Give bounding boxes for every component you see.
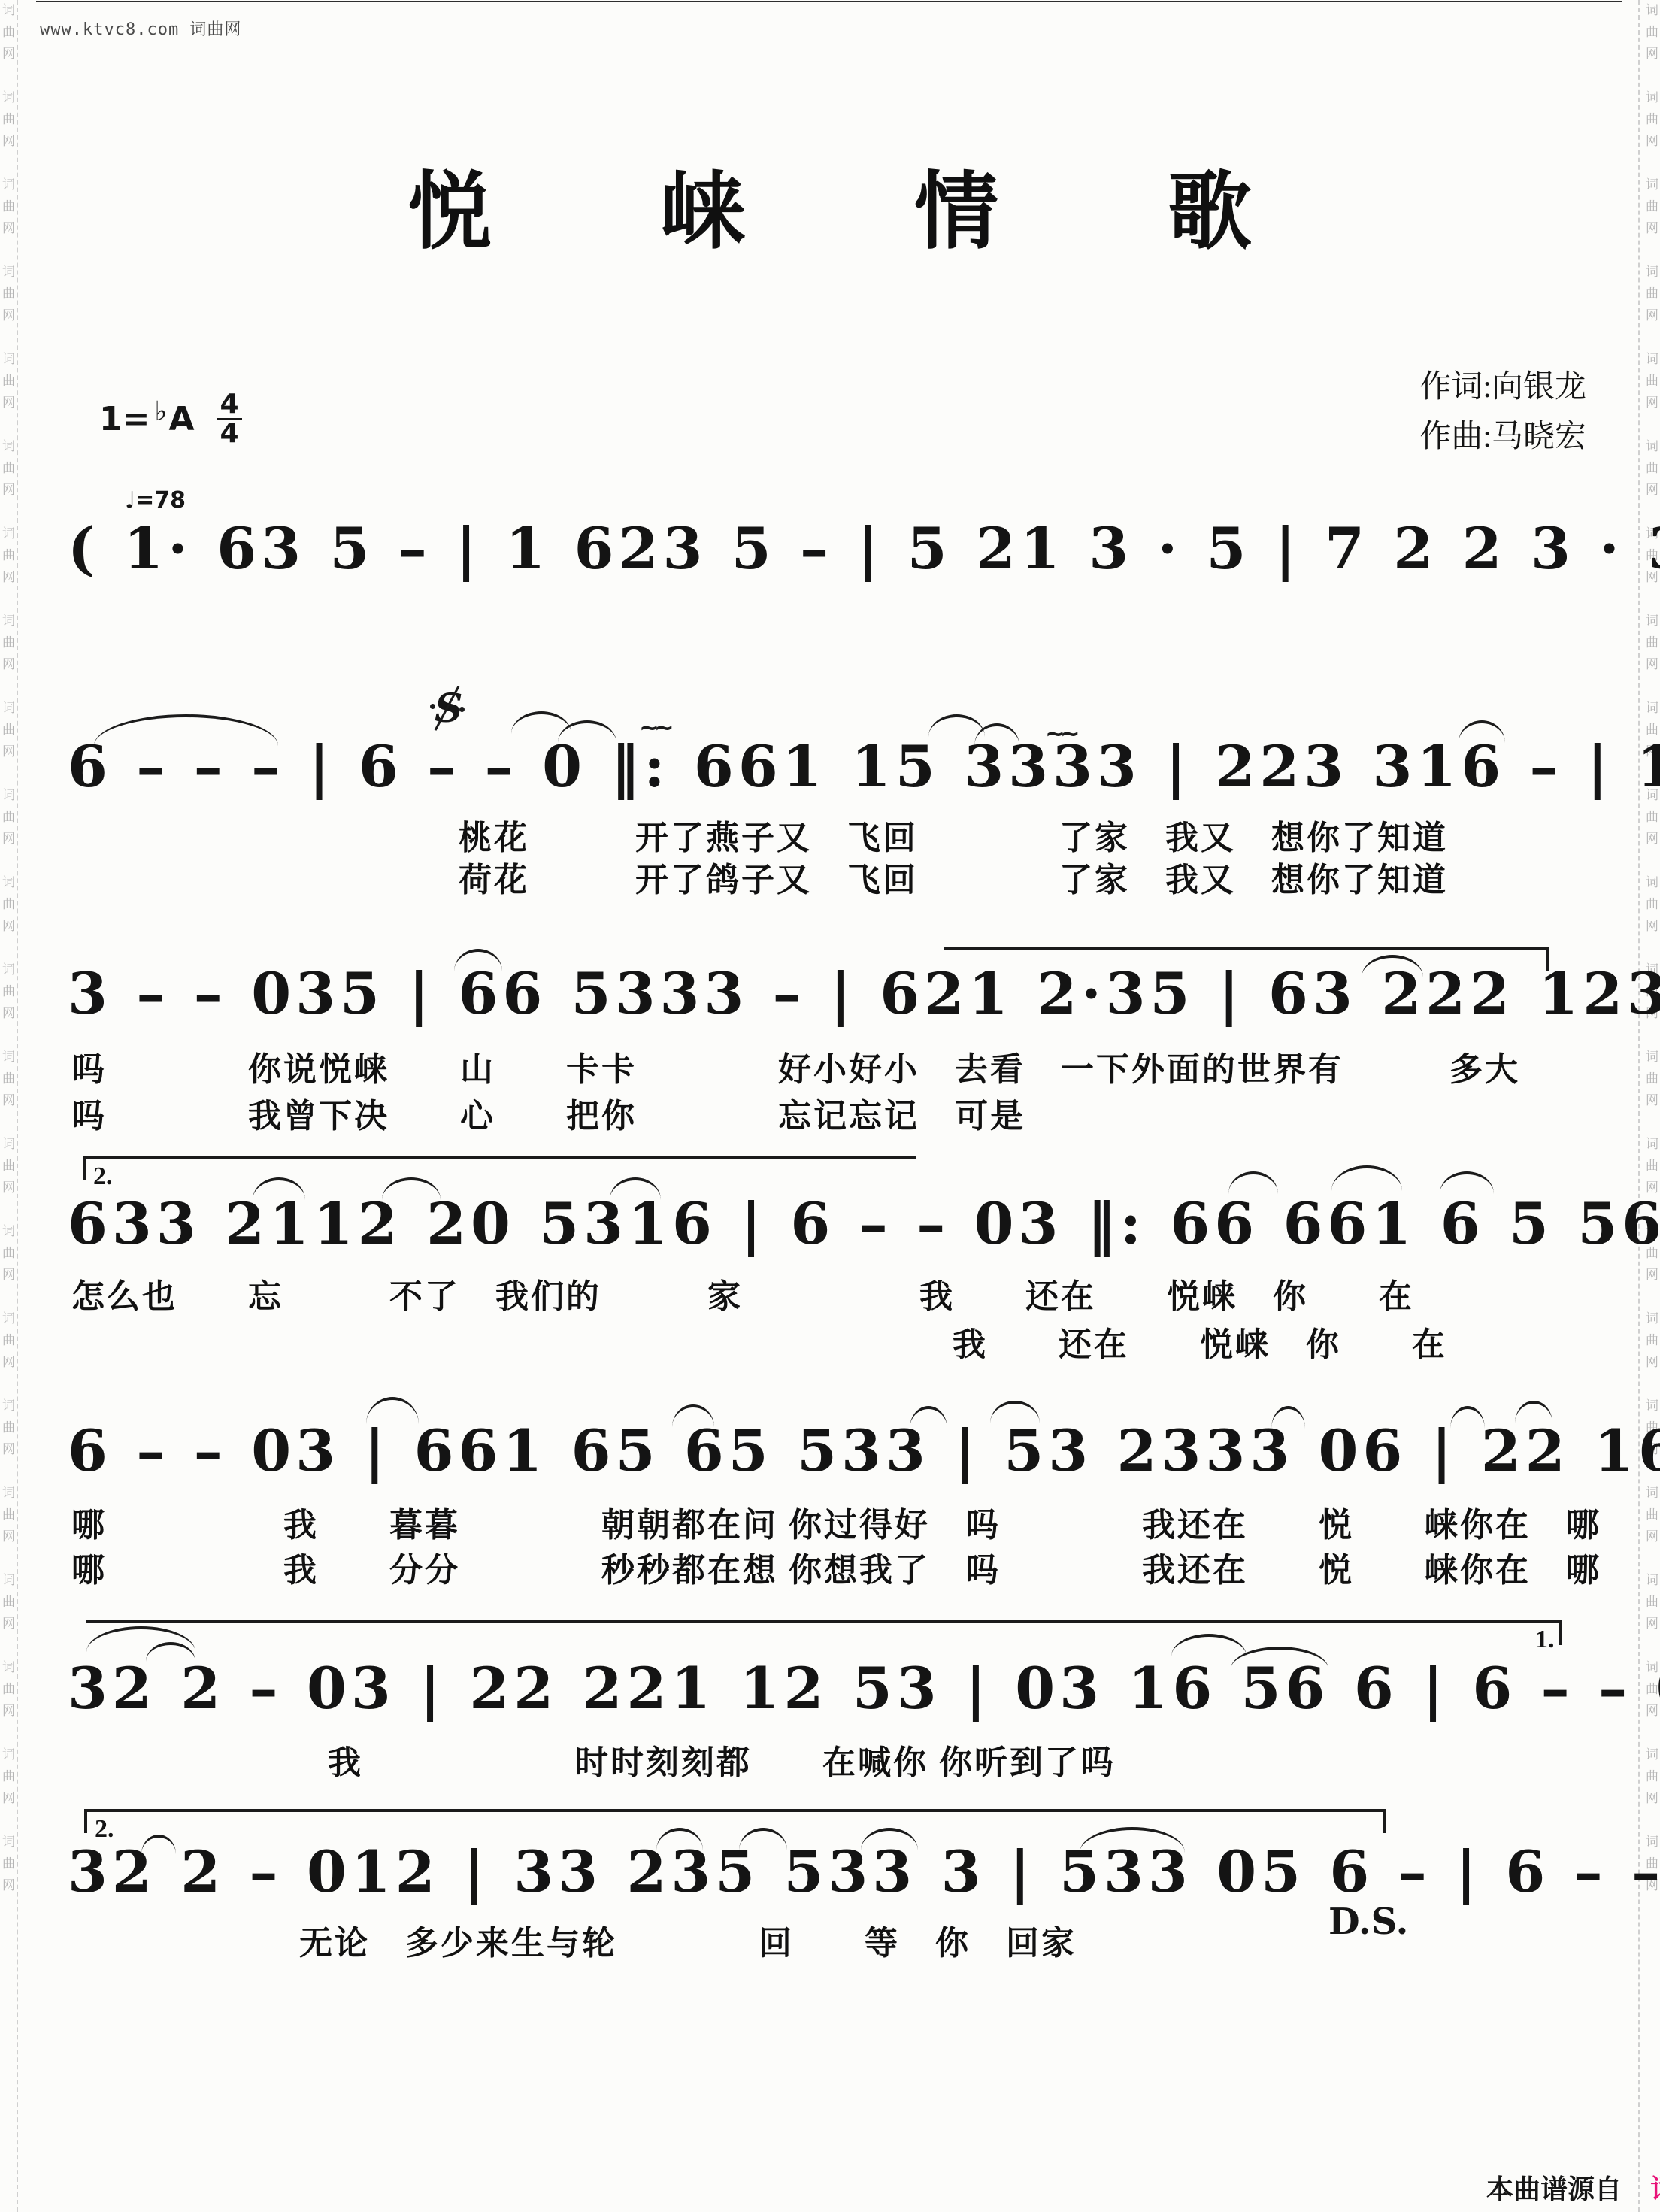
source-prefix: 本曲谱源自 <box>1486 2174 1622 2205</box>
volta-bracket-2 <box>83 1156 916 1180</box>
song-title: 悦崃情歌 <box>407 144 1421 265</box>
volta-label: 2. <box>93 1162 113 1191</box>
segno-icon: S <box>430 686 465 732</box>
scan-edge-line <box>36 1 1622 2</box>
composer-credit: 作曲:马晓宏 <box>1419 412 1586 462</box>
sheet-music-page: 词曲网 词曲网 词曲网 词曲网 词曲网 词曲网 词曲网 词曲网 词曲网 词曲网 … <box>0 0 1660 2212</box>
volta-bracket-2-end <box>84 1809 1386 1833</box>
source-site-name: 词曲网 <box>1650 2174 1660 2205</box>
key-prefix: 1= <box>99 400 150 438</box>
notation-line-1: ( 1· 63 5 – | 1 623 5 – | 5 21 3 · 5 | 7… <box>68 520 1605 577</box>
lyric-line: 我 时时刻刻都 在喊你 你听到了吗 <box>328 1735 1116 1783</box>
lyric-line: 桃花 开了燕子又 飞回 了家 我又 想你了知道 <box>459 811 1448 859</box>
lyricist-credit: 作词:向银龙 <box>1419 362 1586 412</box>
source-attribution: 本曲谱源自词曲网 <box>1486 2168 1660 2207</box>
left-watermark-strip: 词曲网 词曲网 词曲网 词曲网 词曲网 词曲网 词曲网 词曲网 词曲网 词曲网 … <box>0 0 18 2212</box>
flat-icon: ♭ <box>154 396 167 427</box>
lyric-line: 哪 我 暮暮 朝朝都在问 你过得好 吗 我还在 悦 崃你在 哪 <box>71 1498 1601 1546</box>
meter-numerator: 4 <box>217 391 242 418</box>
lyric-line: 吗 我曾下决 心 把你 忘记忘记 可是 <box>71 1089 1025 1137</box>
lyric-line: 无论 多少来生与轮 回 等 你 回家 <box>299 1916 1077 1964</box>
key-signature: 1=♭A 4 4 <box>99 391 242 447</box>
lyric-line: 我 还在 悦崃 你 在 <box>953 1317 1447 1365</box>
notation-line-3: 3 – – 035 | 66 5333 – | 621 2·35 | 63 22… <box>68 965 1605 1023</box>
slur-arc <box>1331 1165 1402 1191</box>
notation-line-7: 32 2 – 012 | 33 235 533 3 | 533 05 6 – |… <box>68 1844 1560 1901</box>
lyric-line: 怎么也 忘 不了 我们的 家 我 还在 悦崃 你 在 <box>71 1269 1414 1317</box>
key-note: A <box>168 400 194 438</box>
notation-line-5: 6 – – 03 | 661 65 65 533 | 53 2333 06 | … <box>68 1423 1605 1480</box>
notation-line-4: 633 2112 20 5316 | 6 – – 03 ‖: 66 661 6 … <box>68 1195 1605 1253</box>
volta-label: 1. <box>1535 1626 1555 1654</box>
credits: 作词:向银龙 作曲:马晓宏 <box>1419 362 1586 462</box>
lyric-line: 荷花 开了鸽子又 飞回 了家 我又 想你了知道 <box>459 853 1448 901</box>
meter-denominator: 4 <box>217 418 242 447</box>
time-signature: 4 4 <box>217 391 242 447</box>
lyric-line: 哪 我 分分 秒秒都在想 你想我了 吗 我还在 悦 崃你在 哪 <box>71 1543 1601 1591</box>
lyric-line: 吗 你说悦崃 山 卡卡 好小好小 去看 一下外面的世界有 多大 <box>71 1042 1520 1090</box>
tempo-marking: ♩=78 <box>125 487 186 514</box>
notation-line-6: 32 2 – 03 | 22 221 12 53 | 03 16 56 6 | … <box>68 1660 1605 1717</box>
site-watermark: www.ktvc8.com 词曲网 <box>40 17 241 40</box>
notation-line-2: 6 – – – | 6 – – 0 ‖: 661 15 3333 | 223 3… <box>68 738 1605 795</box>
volta-bracket-continuation <box>86 1620 1562 1645</box>
dal-segno-marking: D.S. <box>1328 1901 1408 1943</box>
